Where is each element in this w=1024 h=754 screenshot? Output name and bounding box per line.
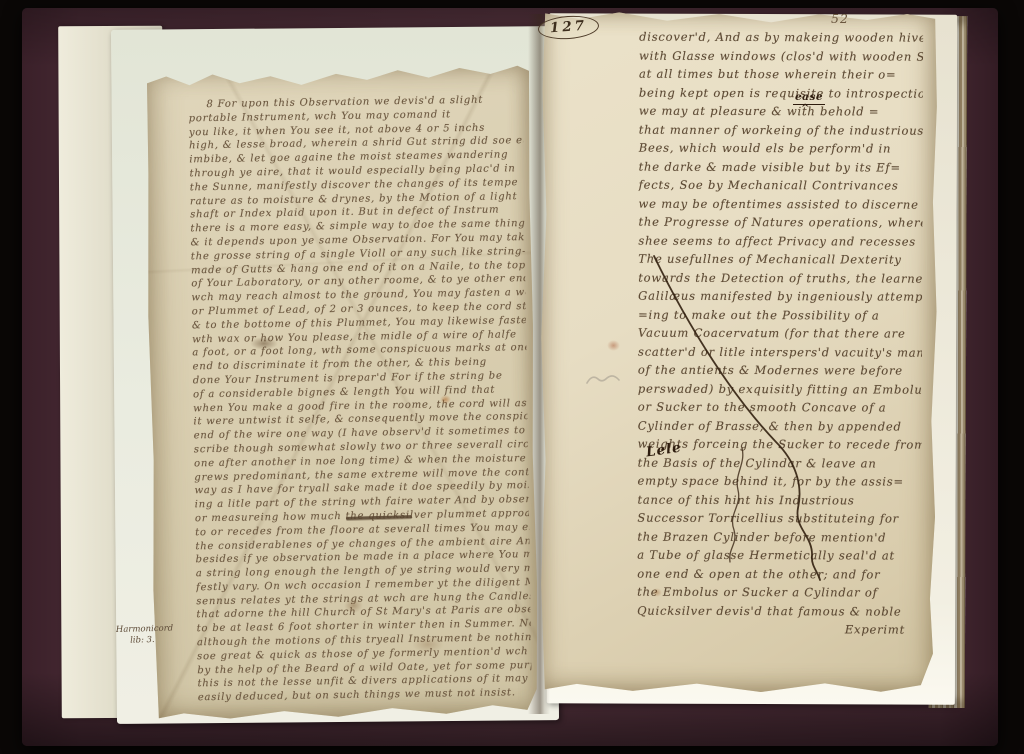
- insertion-caret-icon: ^: [801, 103, 809, 114]
- manuscript-line: the Embolus or Sucker a Cylindar of: [637, 583, 921, 602]
- manuscript-line: Vacuum Coacervatum (for that there are: [638, 324, 922, 343]
- right-manuscript-leaf: discover'd, And as by makeing wooden hiv…: [537, 9, 939, 694]
- manuscript-line: or Sucker to the smooth Concave of a: [638, 398, 922, 417]
- manuscript-line: shee seems to affect Privacy and recesse…: [638, 231, 922, 250]
- manuscript-line: Quicksilver devis'd that famous & noble: [637, 601, 921, 620]
- manuscript-line: the Brazen Cylinder before mention'd: [637, 527, 921, 546]
- manuscript-line: discover'd, And as by makeing wooden hiv…: [639, 28, 923, 47]
- manuscript-line: The usefullnes of Mechanicall Dexterity: [638, 250, 922, 269]
- manuscript-line: of the antients & Modernes were before: [638, 361, 922, 380]
- manuscript-line: one end & open at the other; and for: [637, 564, 921, 583]
- manuscript-line: fects, Soe by Mechanicall Contrivances: [639, 176, 923, 195]
- manuscript-line: the Basis of the Cylindar & leave an: [638, 453, 922, 472]
- manuscript-line: the Progresse of Natures operations, whe…: [638, 213, 922, 232]
- manuscript-line: towards the Detection of truths, the lea…: [638, 268, 922, 287]
- manuscript-line: tance of this hint his Industrious: [637, 490, 921, 509]
- folio-number: 52: [831, 11, 849, 26]
- manuscript-line: Bees, which would els be perform'd in: [639, 139, 923, 158]
- manuscript-line: Cylinder of Brasse, & then by appended: [638, 416, 922, 435]
- manuscript-line: Galilæus manifested by ingeniously attem…: [638, 287, 922, 306]
- manuscript-photo: 8 For upon this Observation we devis'd a…: [0, 0, 1024, 754]
- margin-note-line: lib: 3.: [116, 634, 192, 646]
- left-manuscript-leaf: 8 For upon this Observation we devis'd a…: [143, 63, 539, 721]
- manuscript-line: perswaded) by exquisitly fitting an Embo…: [638, 379, 922, 398]
- manuscript-line: with Glasse windows (clos'd with wooden …: [639, 46, 923, 65]
- margin-note-harmonicorum: Harmonicordlib: 3.: [116, 623, 193, 646]
- manuscript-line: scatter'd or litle interspers'd vacuity'…: [638, 342, 922, 361]
- manuscript-line: we may at pleasure & with behold =: [639, 102, 923, 121]
- left-page-text: 8 For upon this Observation we devis'd a…: [188, 93, 531, 705]
- manuscript-line: Experimt: [637, 620, 921, 639]
- right-page-text: discover'd, And as by makeing wooden hiv…: [637, 28, 923, 639]
- manuscript-line: that manner of workeing of the industrio…: [639, 120, 923, 139]
- pencil-mark: [586, 372, 620, 392]
- manuscript-line: the darke & made visible but by its Ef=: [639, 157, 923, 176]
- manuscript-line: Successor Torricellius substituteing for: [637, 509, 921, 528]
- manuscript-line: being kept open is requisite to introspe…: [639, 83, 923, 102]
- manuscript-line: at all times but those wherein their o=: [639, 65, 923, 84]
- manuscript-line: we may be oftentimes assisted to discern…: [638, 194, 922, 213]
- manuscript-line: empty space behind it, for by the assis=: [638, 472, 922, 491]
- manuscript-line: a Tube of glasse Hermetically seal'd at: [637, 546, 921, 565]
- manuscript-line: =ing to make out the Possibility of a: [638, 305, 922, 324]
